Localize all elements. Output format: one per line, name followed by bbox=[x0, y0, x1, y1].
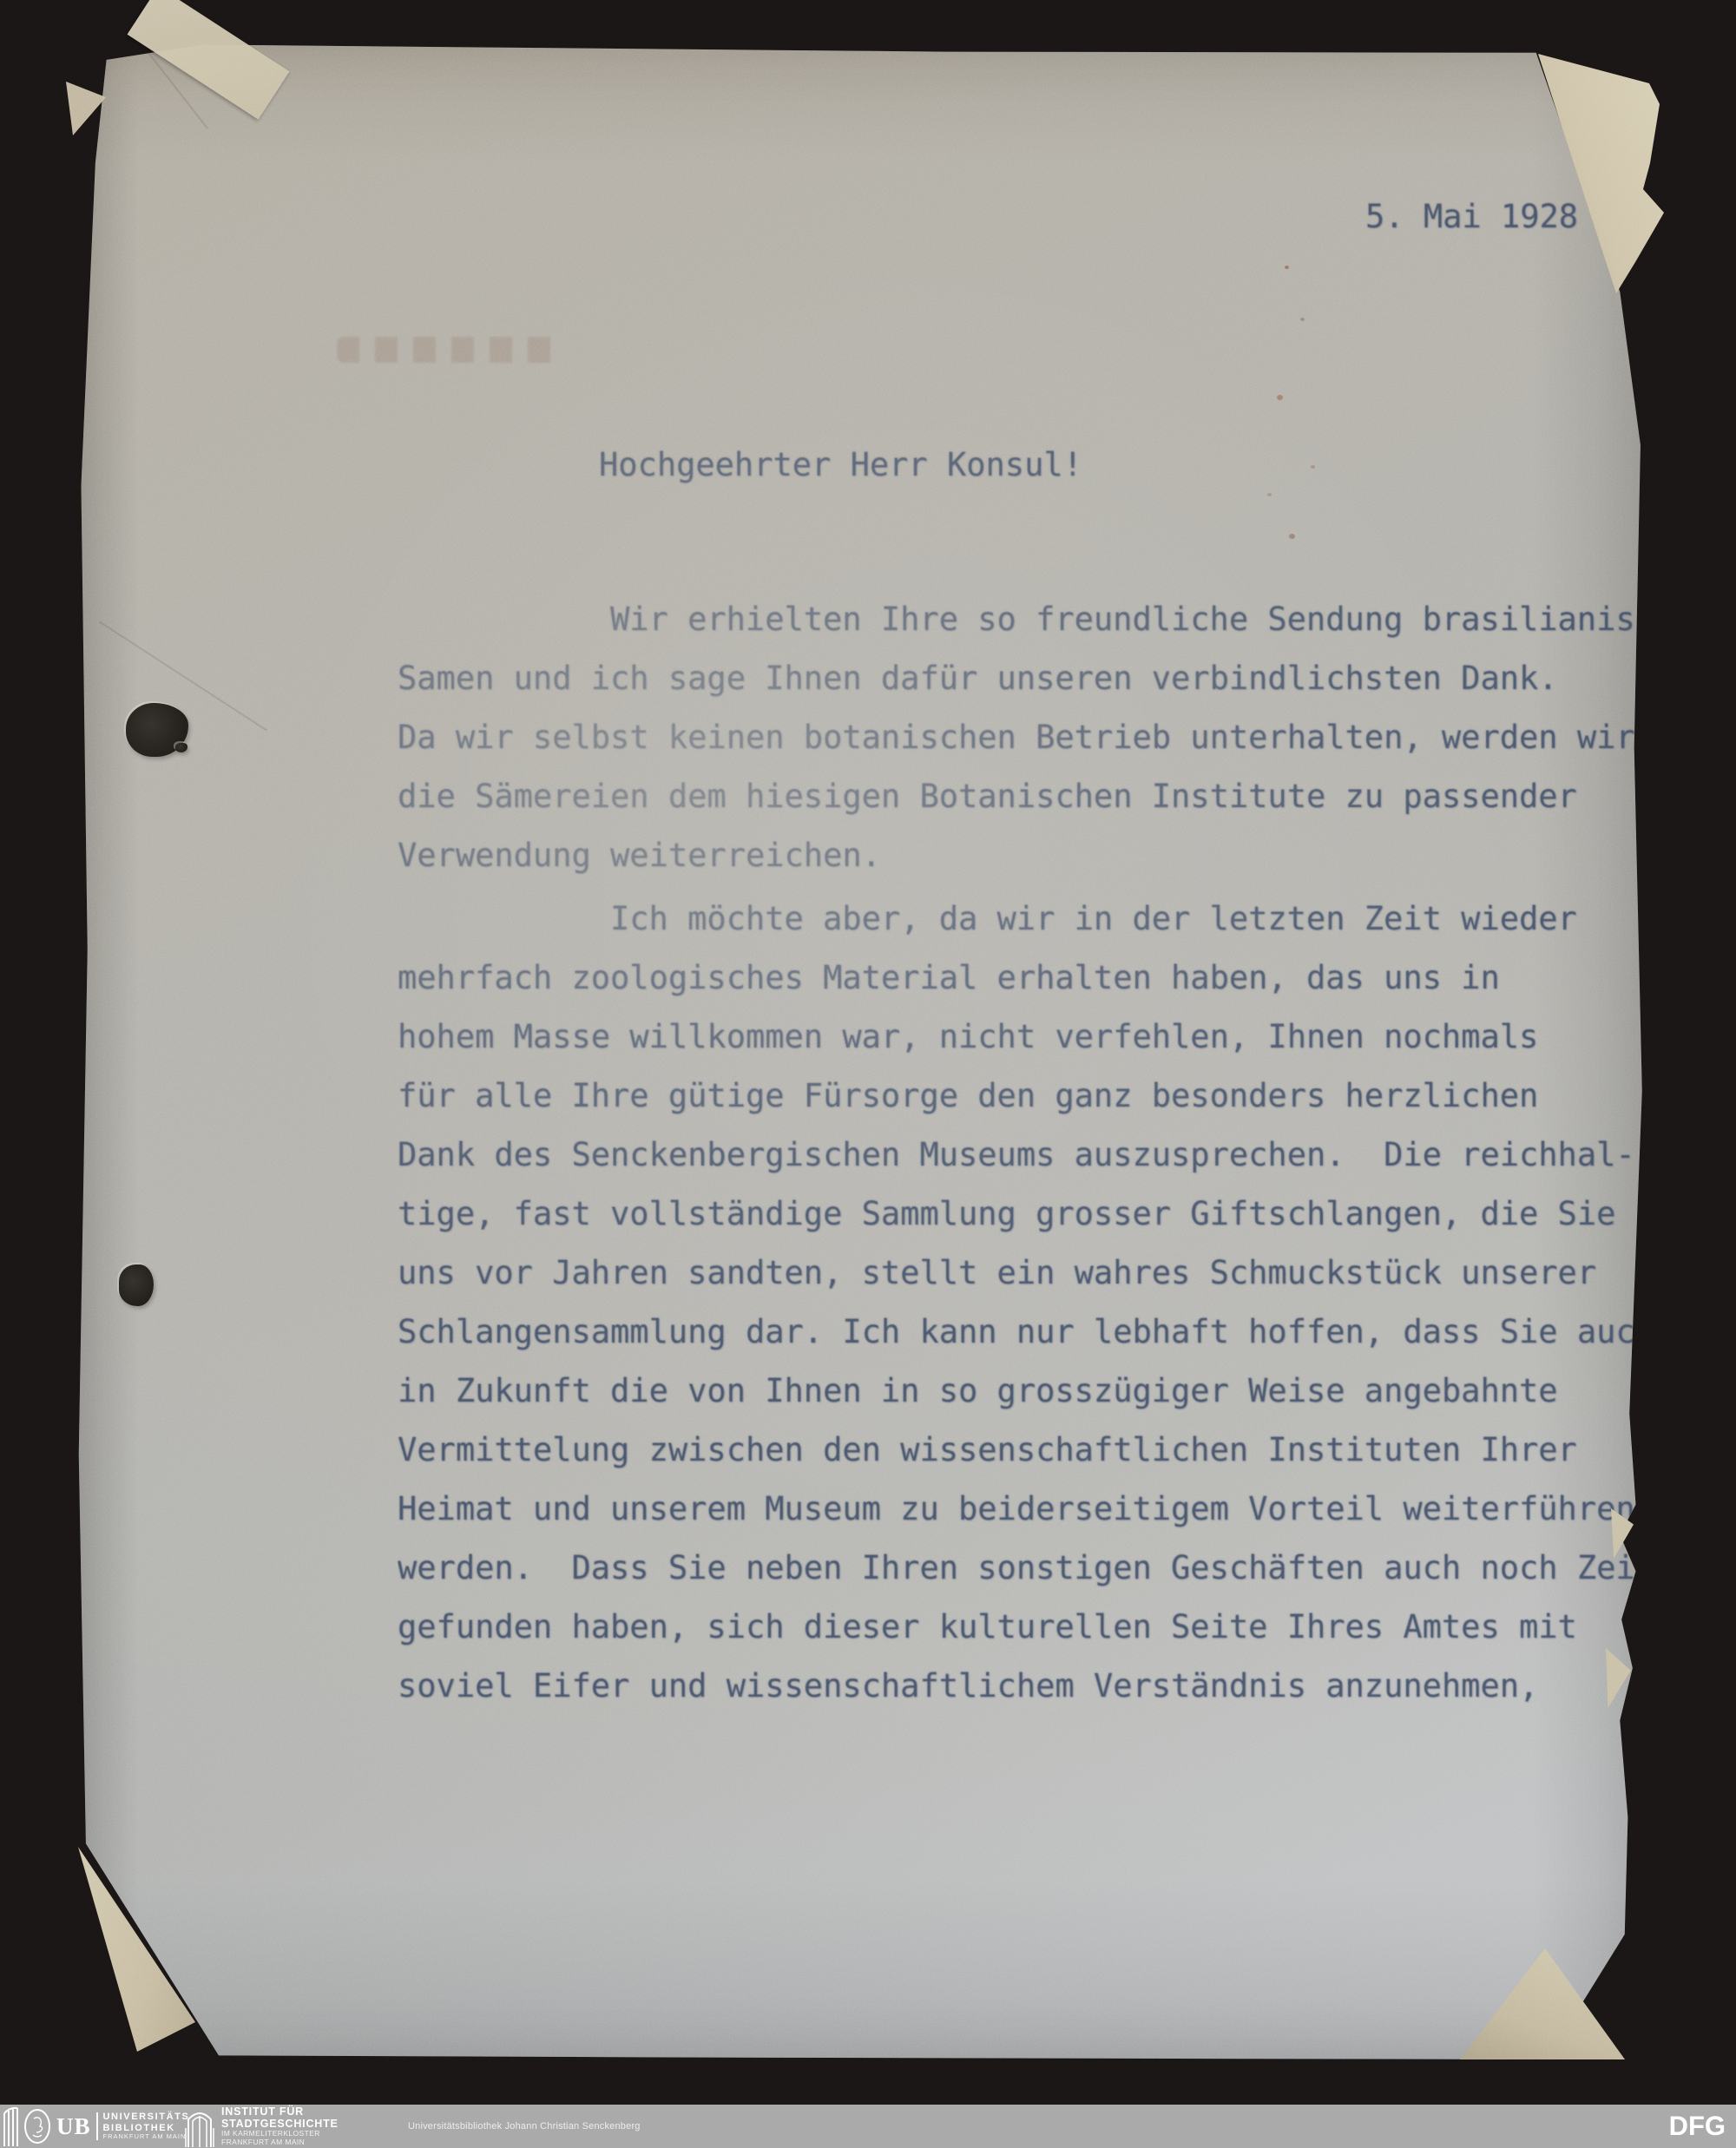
letter-paragraph-1: Wir erhielten Ihre so freundliche Sendun… bbox=[398, 589, 1736, 884]
letter-line: Da wir selbst keinen botanischen Betrieb… bbox=[398, 707, 1736, 766]
letter-line: mehrfach zoologisches Material erhalten … bbox=[398, 948, 1736, 1007]
institute-logo-text: INSTITUT FÜR STADTGESCHICHTE IM KARMELIT… bbox=[221, 2105, 339, 2146]
letter-date: 5. Mai 1928 bbox=[1365, 198, 1578, 235]
letter-line: hohem Masse willkommen war, nicht verfeh… bbox=[398, 1007, 1736, 1066]
letter-line: Verwendung weiterreichen. bbox=[398, 825, 1736, 884]
letter-line: die Sämereien dem hiesigen Botanischen I… bbox=[398, 766, 1736, 825]
letter-line: Ich möchte aber, da wir in der letzten Z… bbox=[398, 889, 1736, 948]
ub-logo-divider bbox=[96, 2112, 98, 2140]
punch-hole bbox=[119, 1264, 154, 1306]
letter-line: uns vor Jahren sandten, stellt ein wahre… bbox=[398, 1243, 1736, 1302]
punch-hole-fragment bbox=[175, 743, 187, 752]
letter-line: Wir erhielten Ihre so freundliche Sendun… bbox=[398, 589, 1736, 648]
ub-logo-text: UNIVERSITÄTS BIBLIOTHEK FRANKFURT AM MAI… bbox=[103, 2112, 190, 2141]
ub-logo-stripes-icon bbox=[3, 2106, 18, 2146]
dfg-logo: DFG bbox=[1669, 2105, 1726, 2148]
institute-name-line: FRANKFURT AM MAIN bbox=[221, 2138, 339, 2147]
letter-line: in Zukunft die von Ihnen in so grosszügi… bbox=[398, 1361, 1736, 1420]
letter-page: 5. Mai 1928 Hochgeehrter Herr Konsul! Wi… bbox=[76, 42, 1658, 2059]
ub-abbreviation: UB bbox=[56, 2115, 91, 2138]
letter-line: Dank des Senckenbergischen Museums auszu… bbox=[398, 1125, 1736, 1184]
letter-line: für alle Ihre gütige Fürsorge den ganz b… bbox=[398, 1066, 1736, 1125]
ub-name-line: UNIVERSITÄTS bbox=[103, 2112, 190, 2123]
institute-name-line: INSTITUT FÜR bbox=[221, 2105, 339, 2118]
library-caption: Universitätsbibliothek Johann Christian … bbox=[408, 2105, 641, 2148]
ub-library-logo: UB UNIVERSITÄTS BIBLIOTHEK FRANKFURT AM … bbox=[3, 2105, 189, 2148]
institute-name-line: STADTGESCHICHTE bbox=[221, 2118, 339, 2130]
letter-line: Samen und ich sage Ihnen dafür unseren v… bbox=[398, 648, 1736, 707]
letter-body: 5. Mai 1928 Hochgeehrter Herr Konsul! Wi… bbox=[398, 42, 1736, 2059]
letter-line: gefunden haben, sich dieser kulturellen … bbox=[398, 1597, 1736, 1656]
scanned-letter-viewer: 5. Mai 1928 Hochgeehrter Herr Konsul! Wi… bbox=[0, 0, 1736, 2148]
letter-line: Heimat und unserem Museum zu beiderseiti… bbox=[398, 1479, 1736, 1538]
letter-paragraph-2: Ich möchte aber, da wir in der letzten Z… bbox=[398, 889, 1736, 1715]
ub-name-line: FRANKFURT AM MAIN bbox=[103, 2133, 190, 2141]
goethe-portrait-icon bbox=[23, 2108, 51, 2145]
footer-bar: UB UNIVERSITÄTS BIBLIOTHEK FRANKFURT AM … bbox=[0, 2105, 1736, 2148]
letter-line: soviel Eifer und wissenschaftlichem Vers… bbox=[398, 1656, 1736, 1715]
letter-line: Schlangensammlung dar. Ich kann nur lebh… bbox=[398, 1302, 1736, 1361]
letter-line: Vermittelung zwischen den wissenschaftli… bbox=[398, 1420, 1736, 1479]
paper-crease bbox=[127, 25, 208, 128]
institute-for-city-history-logo: INSTITUT FÜR STADTGESCHICHTE IM KARMELIT… bbox=[185, 2105, 339, 2148]
gothic-arch-icon bbox=[185, 2105, 214, 2147]
letter-line: werden. Dass Sie neben Ihren sonstigen G… bbox=[398, 1538, 1736, 1597]
letter-line: tige, fast vollständige Sammlung grosser… bbox=[398, 1184, 1736, 1243]
letter-salutation: Hochgeehrter Herr Konsul! bbox=[398, 435, 1082, 494]
